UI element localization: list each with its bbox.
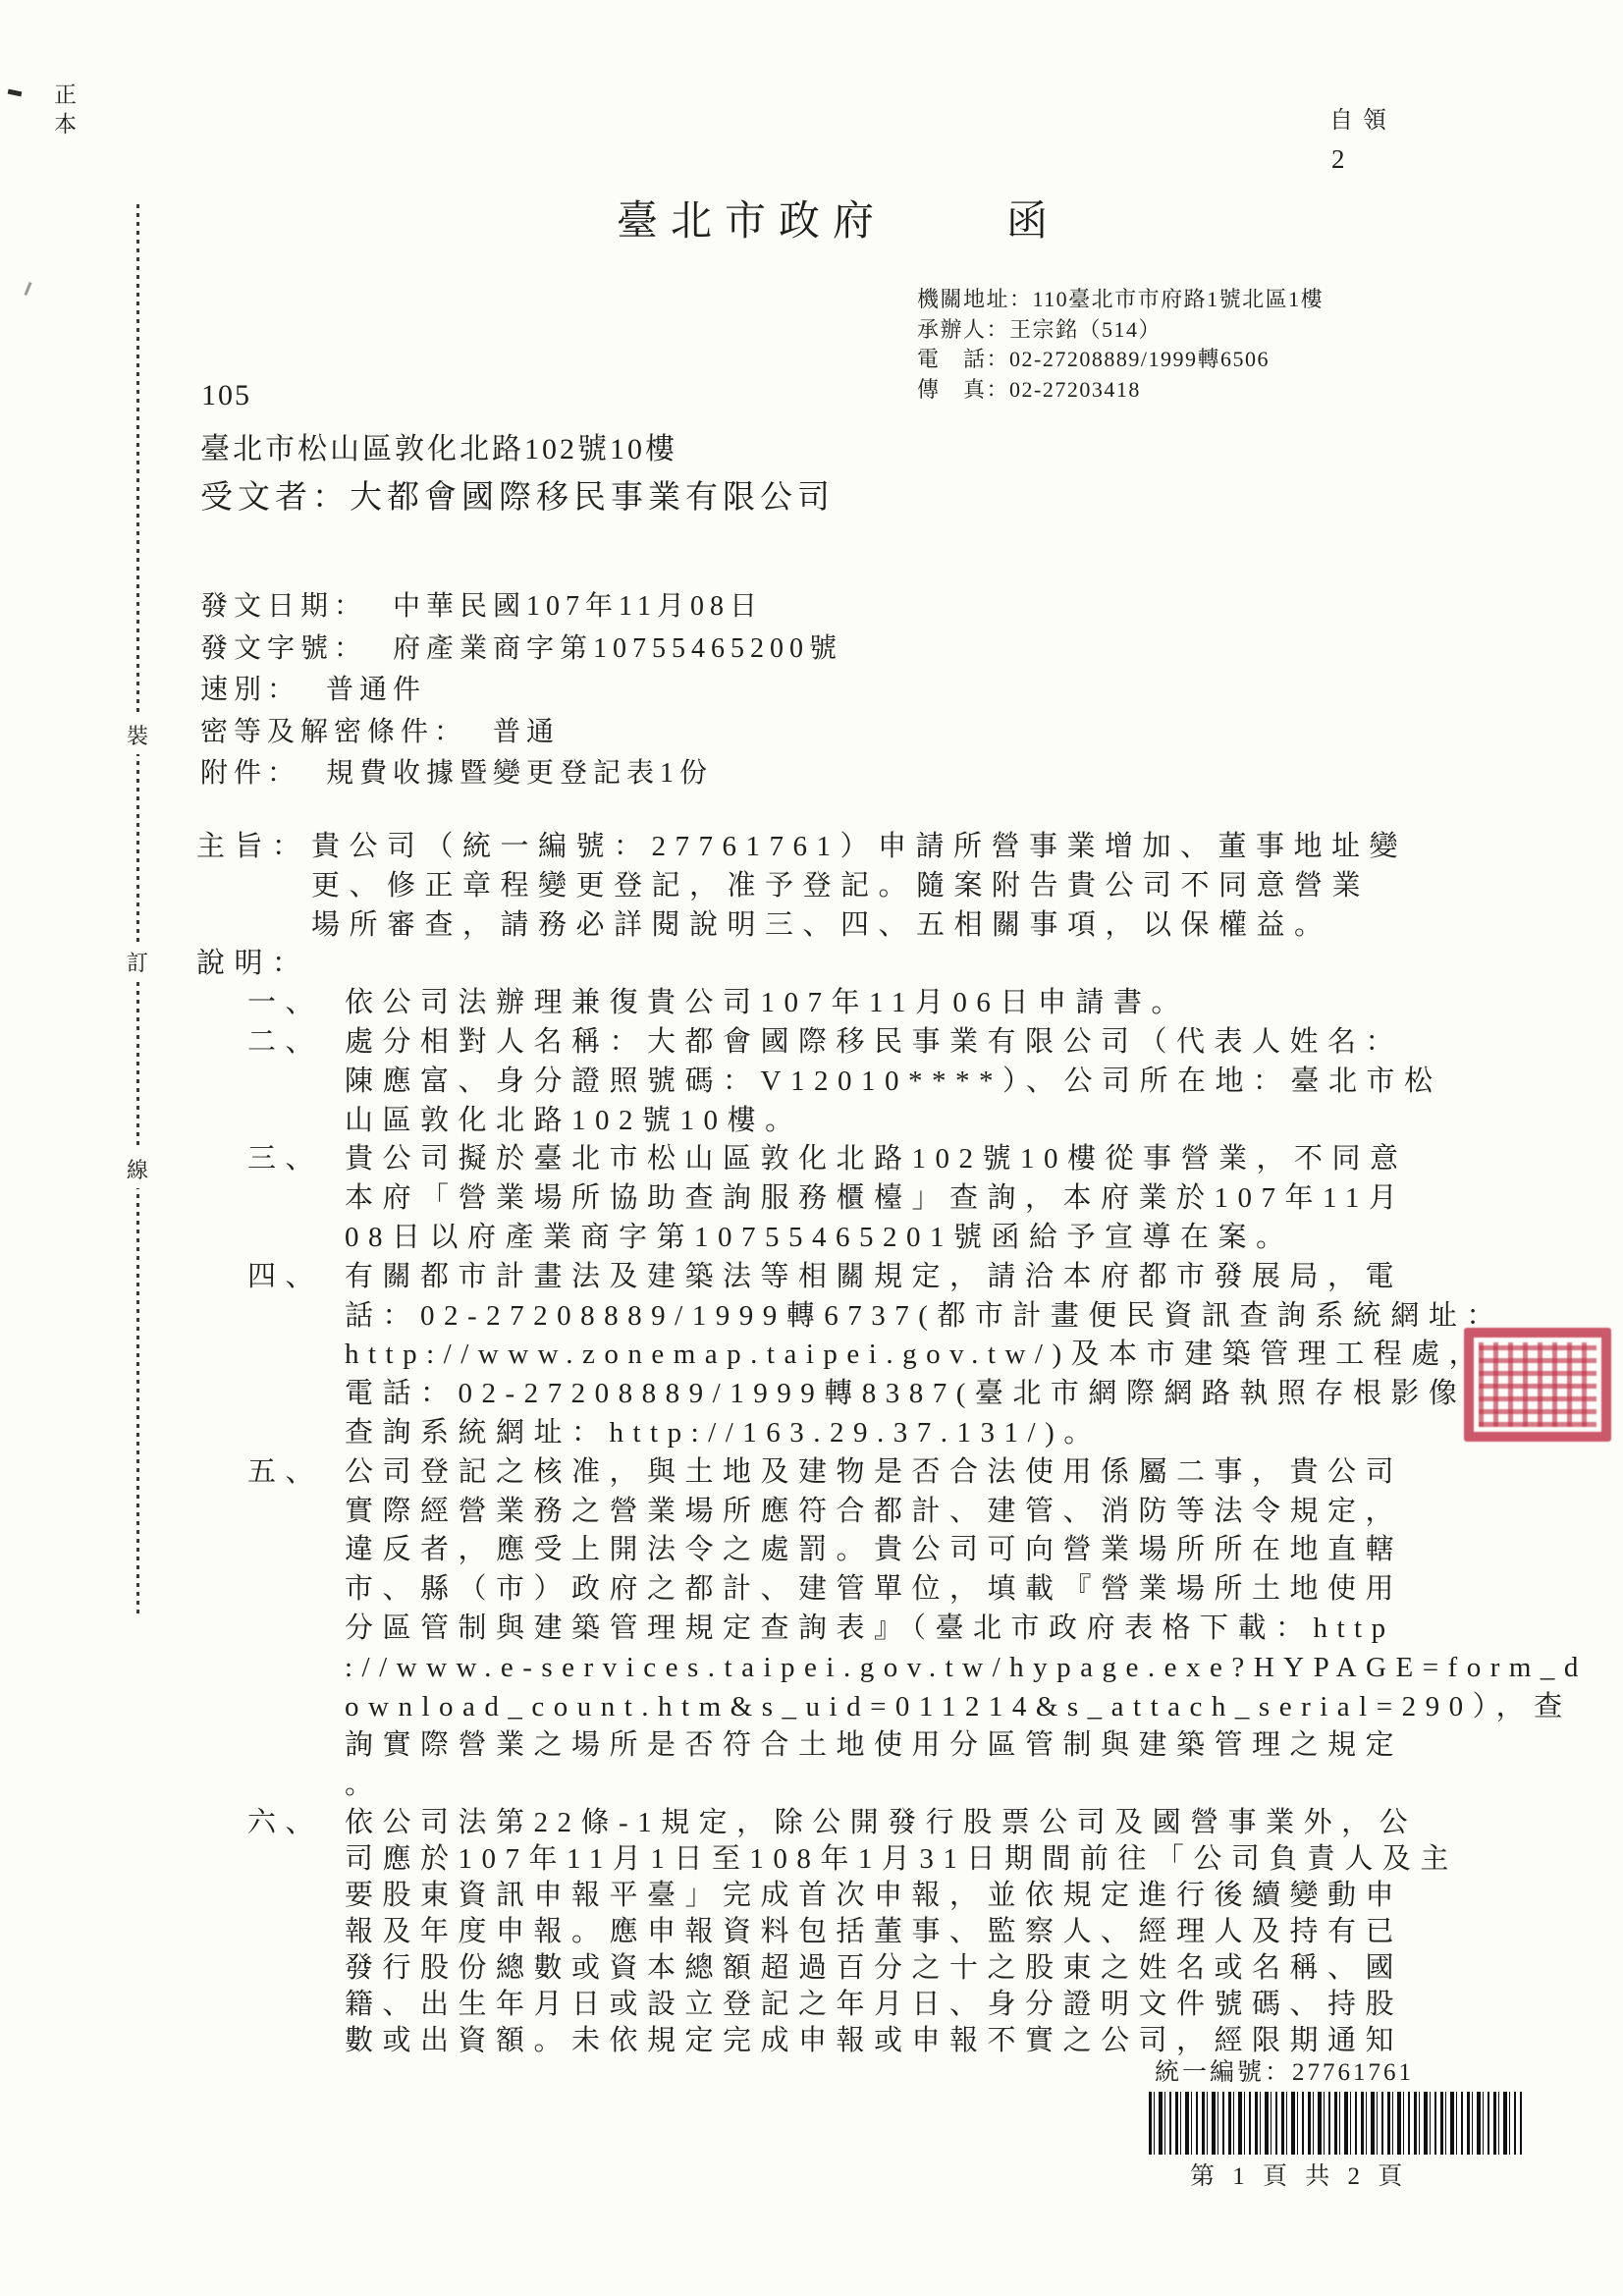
recipient-address: 臺北市松山區敦化北路102號10樓 — [200, 424, 677, 467]
binding-mark-xian: 線 — [123, 1150, 152, 1188]
field-priority: 速別：普通件 — [200, 670, 842, 712]
document-title: 臺北市政府函 — [617, 189, 1060, 247]
agency-contact-block: 機關地址：110臺北市市府路1號北區1樓 承辦人：王宗銘（514） 電 話：02… — [917, 285, 1324, 405]
item-line: 有關都市計畫法及建築法等相關規定，請洽本府都市發展局，電 — [345, 1258, 1473, 1297]
explanation-item-2: 二、 處分相對人名稱：大都會國際移民事業有限公司（代表人姓名： 陳應富、身分證照… — [196, 1023, 1473, 1140]
item-line: 話：02-27208889/1999轉6737(都市計畫便民資訊查詢系統網址： — [345, 1297, 1473, 1337]
binding-mark-ding: 訂 — [123, 943, 152, 981]
item-number: 一、 — [247, 984, 323, 1023]
explanation-item-1: 一、 依公司法辦理兼復貴公司107年11月06日申請書。 — [196, 984, 1473, 1023]
field-label: 發文字號： — [200, 633, 367, 664]
subject-paragraph: 主旨： 貴公司（統一編號：27761761）申請所營事業增加、董事地址變 更、修… — [196, 828, 1473, 945]
field-label: 速別： — [200, 675, 300, 705]
official-red-seal-stamp — [1464, 1328, 1611, 1442]
item-line: 報及年度申報。應申報資料包括董事、監察人、經理人及持有已 — [345, 1914, 1473, 1950]
recipient-postal-code: 105 — [201, 379, 251, 412]
item-line: 違反者，應受上開法令之處罰。貴公司可向營業場所所在地直轄 — [345, 1531, 1473, 1570]
item-line: 08日以府產業商字第10755465201號函給予宣導在案。 — [345, 1219, 1473, 1258]
item-line: 實際經營業務之營業場所應符合都計、建管、消防等法令規定， — [345, 1493, 1473, 1532]
field-label: 附件： — [200, 758, 300, 789]
explanation-label: 說明： — [196, 945, 1473, 984]
field-label: 密等及解密條件： — [200, 717, 467, 747]
issuer-name: 臺北市政府 — [617, 199, 887, 245]
item-line: http://www.zonemap.taipei.gov.tw/)及本市建築管… — [345, 1336, 1473, 1375]
explanation-item-4: 四、 有關都市計畫法及建築法等相關規定，請洽本府都市發展局，電 話：02-272… — [196, 1258, 1473, 1453]
field-doc-number: 發文字號：府產業商字第10755465200號 — [200, 629, 842, 671]
agency-phone: 電 話：02-27208889/1999轉6506 — [917, 345, 1324, 375]
field-issue-date: 發文日期：中華民國107年11月08日 — [200, 586, 842, 629]
item-line: ownload_count.htm&s_uid=011214&s_attach_… — [345, 1688, 1473, 1727]
subject-line: 更、修正章程變更登記，准予登記。隨案附告貴公司不同意營業 — [311, 867, 1473, 906]
field-value: 中華民國107年11月08日 — [393, 591, 763, 622]
item-line: 市、縣（市）政府之都計、建管單位，填載『營業場所土地使用 — [345, 1570, 1473, 1610]
field-value: 普通件 — [326, 675, 426, 705]
item-line: 籍、出生年月日或設立登記之年月日、身分證明文件號碼、持股 — [345, 1987, 1473, 2023]
scan-artifact — [8, 89, 23, 97]
scanned-official-letter-page: 正本 自領 2 裝 訂 線 臺北市政府函 機關地址：110臺北市市府路1號北區1… — [0, 0, 1623, 2296]
field-attachment: 附件：規費收據暨變更登記表1份 — [200, 753, 842, 795]
item-line: 詢實際營業之場所是否符合土地使用分區管制與建築管理之規定 — [345, 1726, 1473, 1766]
binding-mark-zhuang: 裝 — [123, 716, 152, 754]
binding-dotted-line — [136, 204, 139, 1614]
agency-address: 機關地址：110臺北市市府路1號北區1樓 — [917, 285, 1324, 315]
subject-line: 場所審查，請務必詳閱說明三、四、五相關事項，以保權益。 — [311, 906, 1473, 946]
field-value: 普通 — [493, 717, 560, 747]
barcode — [1149, 2092, 1522, 2155]
item-number: 六、 — [247, 1805, 323, 1841]
field-value: 府產業商字第10755465200號 — [393, 633, 842, 664]
item-line: 要股東資訊申報平臺」完成首次申報，並依規定進行後續變動申 — [345, 1878, 1473, 1914]
item-line: 。 — [345, 1766, 1473, 1805]
copy-type-label: 正本 — [54, 81, 81, 139]
agency-fax: 傳 真：02-27203418 — [917, 375, 1324, 406]
item-line: 公司登記之核准，與土地及建物是否合法使用係屬二事，貴公司 — [345, 1453, 1473, 1493]
item-line: 本府「營業場所協助查詢服務櫃檯」查詢，本府業於107年11月 — [345, 1179, 1473, 1219]
subject-line: 貴公司（統一編號：27761761）申請所營事業增加、董事地址變 — [311, 828, 1473, 867]
page-indicator: 第 1 頁 共 2 頁 — [1190, 2157, 1408, 2192]
field-value: 規費收據暨變更登記表1份 — [326, 758, 713, 789]
item-number: 五、 — [247, 1453, 323, 1493]
explanation-item-6: 六、 依公司法第22條-1規定，除公開發行股票公司及國營事業外，公 司應於107… — [196, 1805, 1473, 2059]
recipient-line: 受文者：大都會國際移民事業有限公司 — [200, 471, 835, 518]
explanation-item-3: 三、 貴公司擬於臺北市松山區敦化北路102號10樓從事營業，不同意 本府「營業場… — [196, 1140, 1473, 1257]
document-type-label: 函 — [1006, 199, 1060, 245]
item-line: 山區敦化北路102號10樓。 — [345, 1102, 1473, 1141]
explanation-item-5: 五、 公司登記之核准，與土地及建物是否合法使用係屬二事，貴公司 實際經營業務之營… — [196, 1453, 1473, 1805]
agency-officer: 承辦人：王宗銘（514） — [917, 315, 1324, 346]
item-number: 二、 — [247, 1023, 323, 1063]
scan-artifact — [24, 282, 31, 296]
letter-body: 主旨： 貴公司（統一編號：27761761）申請所營事業增加、董事地址變 更、修… — [196, 828, 1473, 2059]
item-line: 查詢系統網址：http://163.29.37.131/)。 — [345, 1414, 1473, 1453]
item-line: 依公司法辦理兼復貴公司107年11月06日申請書。 — [345, 984, 1473, 1023]
item-line: 貴公司擬於臺北市松山區敦化北路102號10樓從事營業，不同意 — [345, 1140, 1473, 1179]
seal-glyph-pattern — [1479, 1342, 1596, 1427]
item-line: 陳應富、身分證照號碼：V12010****）、公司所在地：臺北市松 — [345, 1063, 1473, 1102]
uniform-number: 統一編號：27761761 — [1155, 2052, 1414, 2088]
copies-count: 2 — [1331, 144, 1345, 175]
delivery-method-label: 自領 — [1329, 100, 1396, 135]
item-line: 處分相對人名稱：大都會國際移民事業有限公司（代表人姓名： — [345, 1023, 1473, 1063]
document-meta-fields: 發文日期：中華民國107年11月08日 發文字號：府產業商字第107554652… — [200, 586, 842, 795]
item-line: 依公司法第22條-1規定，除公開發行股票公司及國營事業外，公 — [345, 1805, 1473, 1841]
field-security: 密等及解密條件：普通 — [200, 712, 842, 754]
item-line: 司應於107年11月1日至108年1月31日期間前往「公司負責人及主 — [345, 1841, 1473, 1878]
item-line: 發行股份總數或資本總額超過百分之十之股東之姓名或名稱、國 — [345, 1950, 1473, 1987]
field-label: 發文日期： — [200, 591, 367, 622]
item-number: 四、 — [247, 1258, 323, 1297]
item-line: 分區管制與建築管理規定查詢表』（臺北市政府表格下載：http — [345, 1610, 1473, 1649]
item-line: ://www.e-services.taipei.gov.tw/hypage.e… — [345, 1649, 1473, 1688]
subject-label: 主旨： — [196, 828, 310, 867]
item-number: 三、 — [247, 1140, 323, 1179]
item-line: 電話：02-27208889/1999轉8387(臺北市網際網路執照存根影像 — [345, 1375, 1473, 1414]
